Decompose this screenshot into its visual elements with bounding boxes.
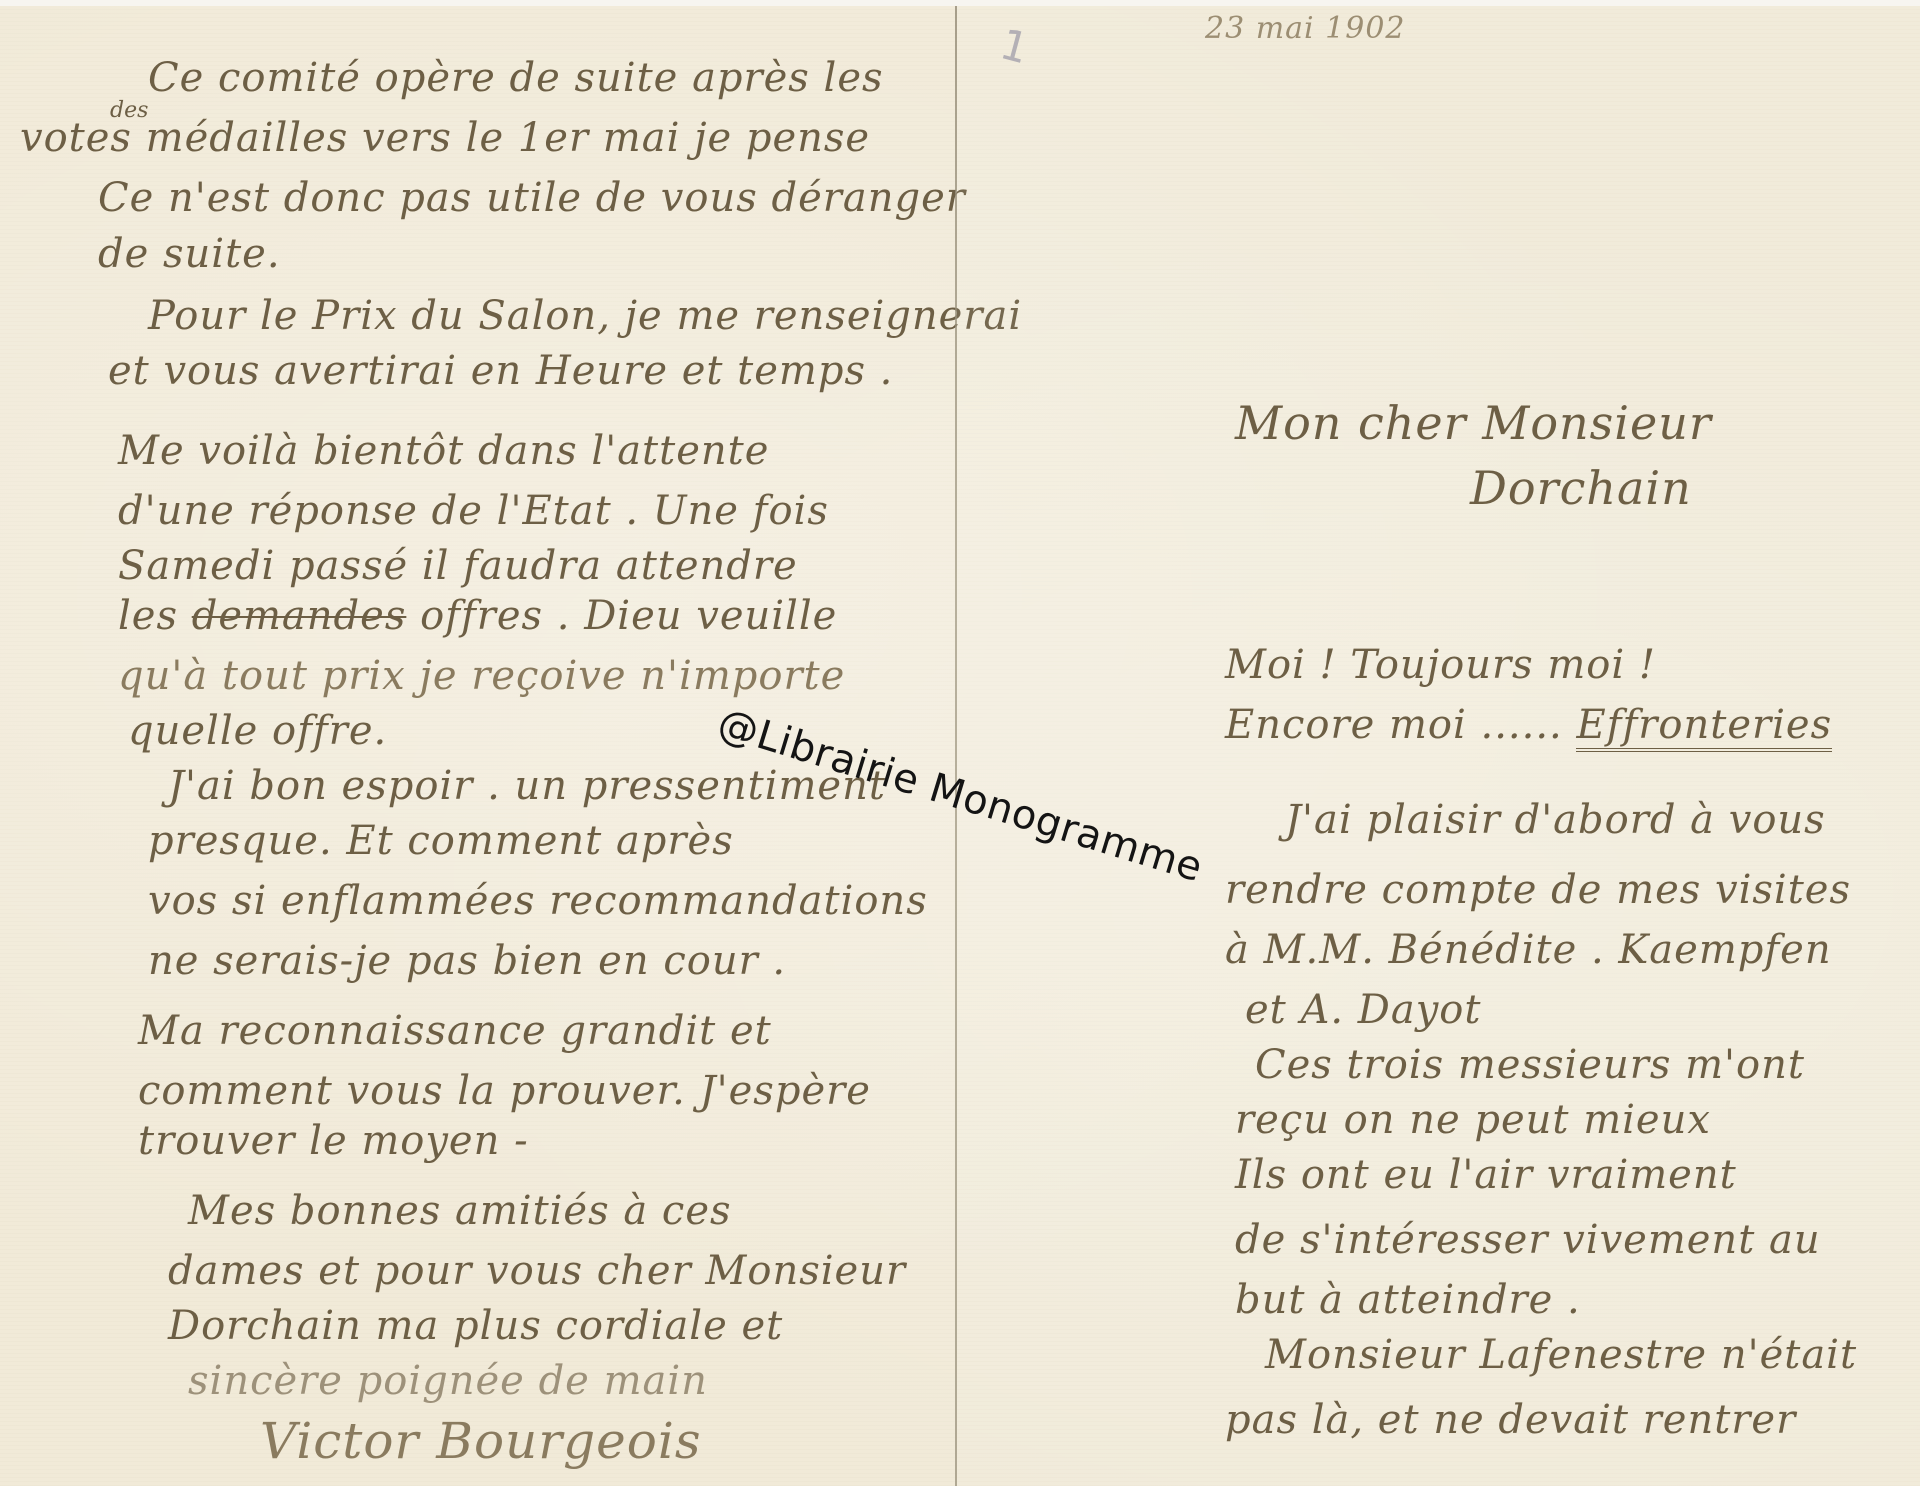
right-line-5: à M.M. Bénédite . Kaempfen bbox=[1225, 930, 1832, 970]
salutation-line-2: Dorchain bbox=[1470, 465, 1692, 511]
left-line-18: comment vous la prouver. J'espère bbox=[138, 1071, 871, 1111]
right-line-3: J'ai plaisir d'abord à vous bbox=[1285, 800, 1826, 840]
struck-word-demandes: demandes bbox=[192, 593, 407, 639]
right-line-6: et A. Dayot bbox=[1245, 990, 1481, 1030]
les-offres-rest: offres . Dieu veuille bbox=[420, 593, 837, 639]
right-line-8: reçu on ne peut mieux bbox=[1235, 1100, 1711, 1140]
left-line-10: les demandes offres . Dieu veuille bbox=[118, 596, 837, 636]
left-line-1: Ce comité opère de suite après les bbox=[148, 58, 884, 98]
left-line-14: presque. Et comment après bbox=[148, 821, 734, 861]
left-line-20: Mes bonnes amitiés à ces bbox=[188, 1191, 732, 1231]
right-line-13: pas là, et ne devait rentrer bbox=[1225, 1400, 1796, 1440]
left-line-21: dames et pour vous cher Monsieur bbox=[168, 1251, 906, 1291]
left-line-11: qu'à tout prix je reçoive n'importe bbox=[118, 656, 845, 696]
signature: Victor Bourgeois bbox=[260, 1416, 702, 1466]
encore-moi-text: Encore moi ...... bbox=[1225, 702, 1576, 748]
left-line-13: J'ai bon espoir . un pressentiment bbox=[168, 766, 886, 806]
right-line-10: de s'intéresser vivement au bbox=[1235, 1220, 1821, 1260]
left-line-4: de suite. bbox=[98, 234, 281, 274]
left-line-17: Ma reconnaissance grandit et bbox=[138, 1011, 772, 1051]
right-line-12: Monsieur Lafenestre n'était bbox=[1265, 1335, 1857, 1375]
salutation-line-1: Mon cher Monsieur bbox=[1235, 400, 1712, 446]
right-line-11: but à atteindre . bbox=[1235, 1280, 1581, 1320]
letter-scan: Ce comité opère de suite après les des v… bbox=[0, 0, 1920, 1486]
left-line-19: trouver le moyen - bbox=[138, 1121, 529, 1161]
left-line-5: Pour le Prix du Salon, je me renseignera… bbox=[148, 296, 1022, 336]
right-line-7: Ces trois messieurs m'ont bbox=[1255, 1045, 1805, 1085]
left-line-16: ne serais-je pas bien en cour . bbox=[148, 941, 786, 981]
left-line-22: Dorchain ma plus cordiale et bbox=[168, 1306, 783, 1346]
right-line-4: rendre compte de mes visites bbox=[1225, 870, 1851, 910]
les-word: les bbox=[118, 593, 192, 639]
right-line-9: Ils ont eu l'air vraiment bbox=[1235, 1155, 1737, 1195]
left-line-7: Me voilà bientôt dans l'attente bbox=[118, 431, 769, 471]
letter-date: 23 mai 1902 bbox=[1205, 14, 1406, 44]
effronteries-word: Effronteries bbox=[1576, 702, 1832, 752]
left-line-9: Samedi passé il faudra attendre bbox=[118, 546, 798, 586]
right-line-2: Encore moi ...... Effronteries bbox=[1225, 705, 1832, 745]
left-line-8: d'une réponse de l'Etat . Une fois bbox=[118, 491, 829, 531]
left-line-15: vos si enflammées recommandations bbox=[148, 881, 928, 921]
left-line-12: quelle offre. bbox=[128, 711, 387, 751]
left-line-3: Ce n'est donc pas utile de vous déranger bbox=[98, 178, 966, 218]
left-line-23: sincère poignée de main bbox=[188, 1361, 708, 1401]
left-line-2: votes médailles vers le 1er mai je pense bbox=[20, 118, 870, 158]
right-line-1: Moi ! Toujours moi ! bbox=[1225, 645, 1656, 685]
left-line-6: et vous avertirai en Heure et temps . bbox=[108, 351, 893, 391]
